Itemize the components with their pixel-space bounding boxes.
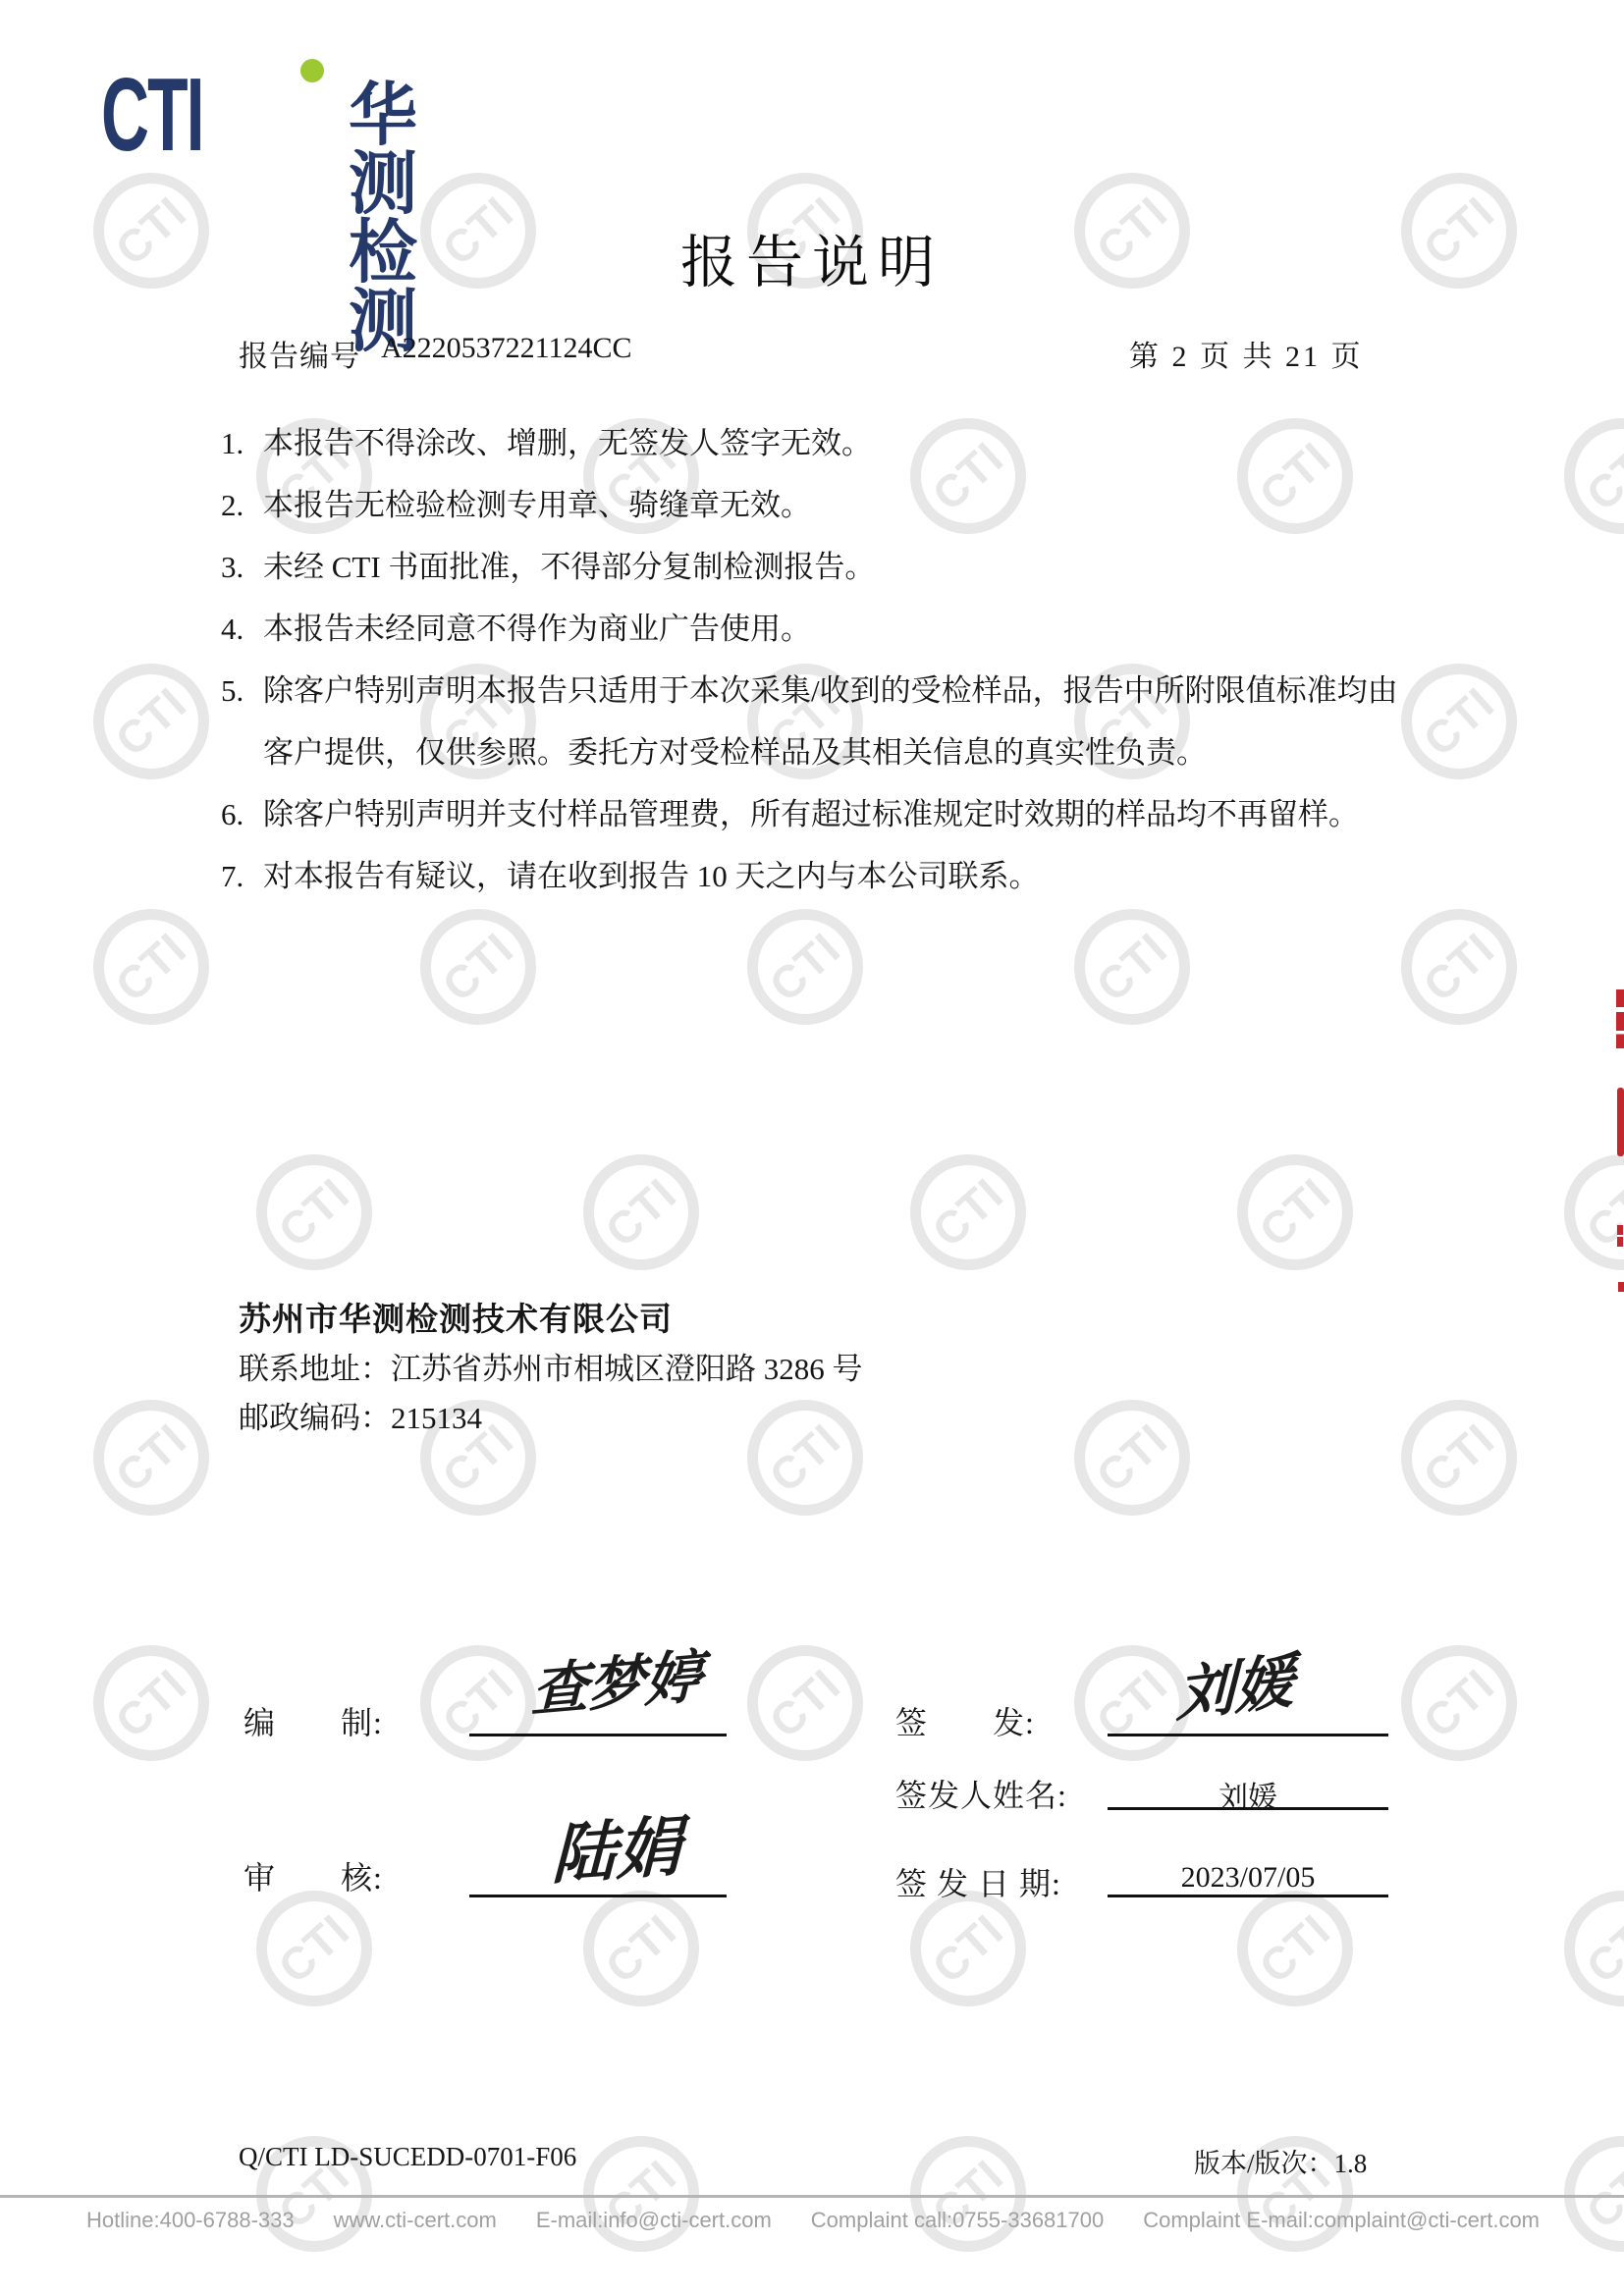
cti-watermark-icon: CTI (747, 909, 863, 1025)
cti-watermark-icon: CTI (910, 1891, 1026, 2006)
notes-list: 1.本报告不得涂改、增删，无签发人签字无效。2.本报告无检验检测专用章、骑缝章无… (221, 412, 1417, 907)
issuer-name-label: 签发人姓名: (895, 1771, 1067, 1816)
cti-watermark-icon: CTI (256, 1891, 372, 2006)
cti-logo-dot-icon (300, 59, 324, 82)
note-number: 5. (221, 660, 263, 783)
postcode-label: 邮政编码： (239, 1401, 391, 1435)
paging-seal-fragment (1618, 1282, 1624, 1292)
issuer-name-line (1108, 1807, 1388, 1810)
note-text: 本报告不得涂改、增删，无签发人签字无效。 (263, 412, 1417, 474)
footer-contacts: Hotline:400-6788-333www.cti-cert.comE-ma… (86, 2208, 1579, 2233)
note-number: 3. (221, 536, 263, 598)
note-item: 1.本报告不得涂改、增删，无签发人签字无效。 (221, 412, 1417, 474)
company-postcode-line: 邮政编码：215134 (239, 1394, 863, 1443)
cti-watermark-icon: CTI (1401, 664, 1517, 779)
reviewed-by-signature: 陆娟 (488, 1789, 744, 1900)
page-indicator: 第 2 页 共 21 页 (1129, 332, 1364, 375)
note-text: 未经 CTI 书面批准，不得部分复制检测报告。 (263, 536, 1417, 598)
cti-watermark-icon: CTI (1401, 1400, 1517, 1516)
note-number: 4. (221, 598, 263, 660)
note-item: 4.本报告未经同意不得作为商业广告使用。 (221, 598, 1417, 660)
cti-watermark-icon: CTI (1401, 909, 1517, 1025)
cti-watermark-icon: CTI (583, 2136, 699, 2252)
issue-date-label: 签 发 日 期: (895, 1859, 1061, 1904)
postcode-value: 215134 (391, 1401, 482, 1435)
paging-seal-fragment (1617, 1088, 1624, 1156)
footer-contact: www.cti-cert.com (334, 2208, 497, 2233)
version-label: 版本/版次： (1194, 2149, 1334, 2178)
cti-watermark-icon: CTI (910, 2136, 1026, 2252)
footer-contact: Hotline:400-6788-333 (86, 2208, 295, 2233)
note-item: 2.本报告无检验检测专用章、骑缝章无效。 (221, 474, 1417, 536)
report-no-value: A2220537221124CC (381, 332, 632, 365)
company-address-line: 联系地址：江苏省苏州市相城区澄阳路 3286 号 (239, 1345, 863, 1394)
cti-watermark-icon: CTI (93, 909, 209, 1025)
note-item: 3.未经 CTI 书面批准，不得部分复制检测报告。 (221, 536, 1417, 598)
cti-watermark-icon: CTI (747, 1645, 863, 1761)
note-text: 本报告未经同意不得作为商业广告使用。 (263, 598, 1417, 660)
footer-contact: Complaint E-mail:complaint@cti-cert.com (1143, 2208, 1540, 2233)
report-no-label: 报告编号 (239, 332, 360, 375)
cti-watermark-icon: CTI (1564, 2136, 1624, 2252)
cti-watermark-icon: CTI (583, 1154, 699, 1270)
address-value: 江苏省苏州市相城区澄阳路 3286 号 (391, 1352, 863, 1386)
note-item: 7.对本报告有疑议，请在收到报告 10 天之内与本公司联系。 (221, 845, 1417, 907)
cti-watermark-icon: CTI (1564, 1154, 1624, 1270)
paging-seal-fragment (1617, 1225, 1623, 1247)
cti-watermark-icon: CTI (93, 664, 209, 779)
version-info: 版本/版次：1.8 (1194, 2142, 1367, 2180)
document-code: Q/CTI LD-SUCEDD-0701-F06 (239, 2142, 576, 2172)
note-text: 除客户特别声明本报告只适用于本次采集/收到的受检样品，报告中所附限值标准均由客户… (263, 660, 1417, 783)
note-number: 6. (221, 783, 263, 845)
note-number: 1. (221, 412, 263, 474)
company-block: 苏州市华测检测技术有限公司 联系地址：江苏省苏州市相城区澄阳路 3286 号 邮… (239, 1296, 863, 1443)
paging-seal-fragment (1616, 989, 1624, 1048)
cti-watermark-icon: CTI (93, 1400, 209, 1516)
note-item: 6.除客户特别声明并支付样品管理费，所有超过标准规定时效期的样品均不再留样。 (221, 783, 1417, 845)
cti-logo-text: CTI (101, 63, 203, 167)
footer-contact: E-mail:info@cti-cert.com (536, 2208, 772, 2233)
cti-watermark-icon: CTI (583, 1891, 699, 2006)
reviewed-by-label: 审 核: (244, 1853, 383, 1898)
prepared-by-signature-line (469, 1734, 727, 1736)
note-number: 2. (221, 474, 263, 536)
report-page: CTICTICTICTICTICTICTICTICTICTICTICTICTIC… (0, 0, 1624, 2296)
note-number: 7. (221, 845, 263, 907)
note-text: 对本报告有疑议，请在收到报告 10 天之内与本公司联系。 (263, 845, 1417, 907)
note-text: 本报告无检验检测专用章、骑缝章无效。 (263, 474, 1417, 536)
cti-watermark-icon: CTI (910, 1154, 1026, 1270)
footer-divider (0, 2195, 1624, 2198)
cti-watermark-icon: CTI (1074, 1400, 1190, 1516)
cti-watermark-icon: CTI (1237, 1154, 1353, 1270)
cti-watermark-icon: CTI (1237, 1891, 1353, 2006)
issue-date-value: 2023/07/05 (1108, 1861, 1388, 1895)
cti-watermark-icon: CTI (1401, 1645, 1517, 1761)
cti-watermark-icon: CTI (1074, 909, 1190, 1025)
version-value: 1.8 (1334, 2149, 1368, 2178)
cti-watermark-icon: CTI (1564, 418, 1624, 534)
issued-by-signature: 刘媛 (1108, 1626, 1363, 1742)
company-name: 苏州市华测检测技术有限公司 (239, 1296, 863, 1345)
issue-date-line (1108, 1895, 1388, 1897)
cti-watermark-icon: CTI (256, 1154, 372, 1270)
cti-watermark-icon: CTI (93, 1645, 209, 1761)
issued-by-signature-line (1108, 1734, 1388, 1736)
reviewed-by-signature-line (469, 1895, 727, 1897)
prepared-by-label: 编 制: (244, 1698, 383, 1743)
note-text: 除客户特别声明并支付样品管理费，所有超过标准规定时效期的样品均不再留样。 (263, 783, 1417, 845)
footer-contact: Complaint call:0755-33681700 (811, 2208, 1104, 2233)
cti-watermark-icon: CTI (1564, 1891, 1624, 2006)
note-item: 5.除客户特别声明本报告只适用于本次采集/收到的受检样品，报告中所附限值标准均由… (221, 660, 1417, 783)
address-label: 联系地址： (239, 1352, 391, 1386)
page-title: 报告说明 (0, 216, 1624, 298)
prepared-by-signature: 查梦婷 (489, 1626, 744, 1731)
cti-watermark-icon: CTI (420, 909, 536, 1025)
issued-by-label: 签 发: (895, 1698, 1035, 1743)
